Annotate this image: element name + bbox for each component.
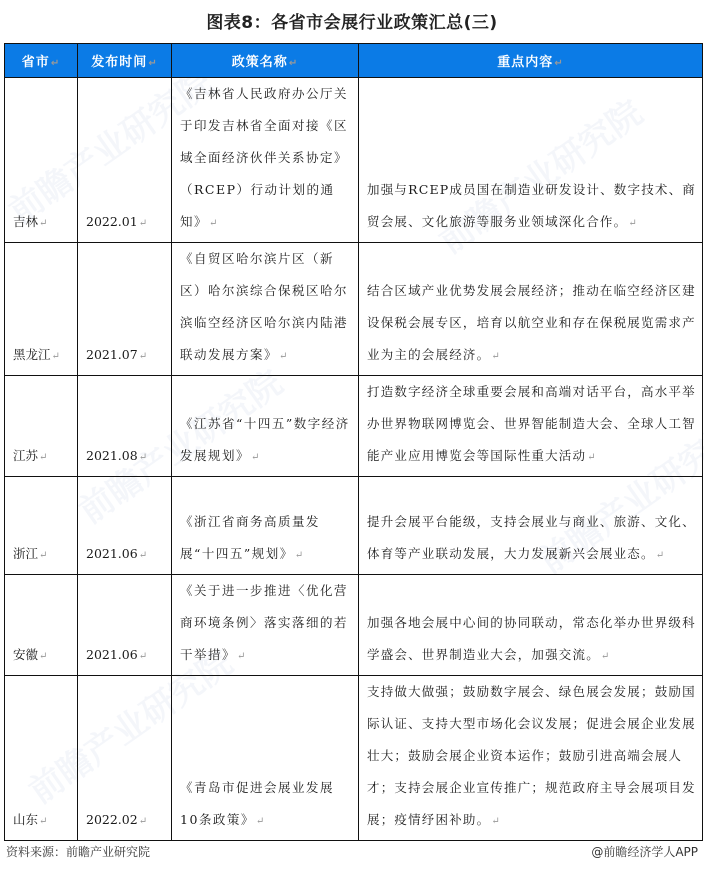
cell-content: 支持做大做强；鼓励数字展会、绿色展会发展；鼓励国际认证、支持大型市场化会议发展；… xyxy=(359,676,703,841)
cell-date: 2022.02↵ xyxy=(78,676,172,841)
cell-date: 2021.08↵ xyxy=(78,376,172,477)
cell-content: 加强与RCEP成员国在制造业研发设计、数字技术、商贸会展、文化旅游等服务业领域深… xyxy=(359,78,703,243)
table-row: 吉林↵ 2022.01↵ 《吉林省人民政府办公厅关于印发吉林省全面对接《区域全面… xyxy=(5,78,703,243)
credit-note: @前瞻经济学人APP xyxy=(591,843,698,860)
cell-date: 2021.06↵ xyxy=(78,575,172,676)
page-title: 图表8：各省市会展行业政策汇总(三) xyxy=(0,8,704,33)
cell-date: 2021.07↵ xyxy=(78,243,172,376)
cell-content: 提升会展平台能级，支持会展业与商业、旅游、文化、体育等产业联动发展，大力发展新兴… xyxy=(359,477,703,575)
header-key-content: 重点内容↵ xyxy=(359,44,703,78)
table-row: 安徽↵ 2021.06↵ 《关于进一步推进〈优化营商环境条例〉落实落细的若干举措… xyxy=(5,575,703,676)
cell-policy: 《关于进一步推进〈优化营商环境条例〉落实落细的若干举措》↵ xyxy=(172,575,359,676)
table-row: 浙江↵ 2021.06↵ 《浙江省商务高质量发展“十四五”规划》↵ 提升会展平台… xyxy=(5,477,703,575)
cell-content: 加强各地会展中心间的协同联动，常态化举办世界级科学盛会、世界制造业大会，加强交流… xyxy=(359,575,703,676)
table-row: 山东↵ 2022.02↵ 《青岛市促进会展业发展10条政策》↵ 支持做大做强；鼓… xyxy=(5,676,703,841)
header-policy-name: 政策名称↵ xyxy=(172,44,359,78)
table-header-row: 省市↵ 发布时间↵ 政策名称↵ 重点内容↵ xyxy=(5,44,703,78)
policy-table: 省市↵ 发布时间↵ 政策名称↵ 重点内容↵ 吉林↵ 2022.01↵ 《吉林省人… xyxy=(4,43,703,841)
table-row: 黑龙江↵ 2021.07↵ 《自贸区哈尔滨片区（新区）哈尔滨综合保税区哈尔滨临空… xyxy=(5,243,703,376)
source-note: 资料来源：前瞻产业研究院 xyxy=(6,843,150,860)
cell-policy: 《自贸区哈尔滨片区（新区）哈尔滨综合保税区哈尔滨临空经济区哈尔滨内陆港联动发展方… xyxy=(172,243,359,376)
cell-policy: 《吉林省人民政府办公厅关于印发吉林省全面对接《区域全面经济伙伴关系协定》（RCE… xyxy=(172,78,359,243)
header-province: 省市↵ xyxy=(5,44,78,78)
table-row: 江苏↵ 2021.08↵ 《江苏省“十四五”数字经济发展规划》↵ 打造数字经济全… xyxy=(5,376,703,477)
cell-province: 黑龙江↵ xyxy=(5,243,78,376)
cell-date: 2022.01↵ xyxy=(78,78,172,243)
cell-policy: 《青岛市促进会展业发展10条政策》↵ xyxy=(172,676,359,841)
cell-content: 打造数字经济全球重要会展和高端对话平台，高水平举办世界物联网博览会、世界智能制造… xyxy=(359,376,703,477)
cell-province: 安徽↵ xyxy=(5,575,78,676)
cell-policy: 《江苏省“十四五”数字经济发展规划》↵ xyxy=(172,376,359,477)
cell-date: 2021.06↵ xyxy=(78,477,172,575)
cell-province: 吉林↵ xyxy=(5,78,78,243)
cell-province: 山东↵ xyxy=(5,676,78,841)
cell-policy: 《浙江省商务高质量发展“十四五”规划》↵ xyxy=(172,477,359,575)
cell-content: 结合区域产业优势发展会展经济；推动在临空经济区建设保税会展专区，培育以航空业和存… xyxy=(359,243,703,376)
cell-province: 江苏↵ xyxy=(5,376,78,477)
cell-province: 浙江↵ xyxy=(5,477,78,575)
header-date: 发布时间↵ xyxy=(78,44,172,78)
